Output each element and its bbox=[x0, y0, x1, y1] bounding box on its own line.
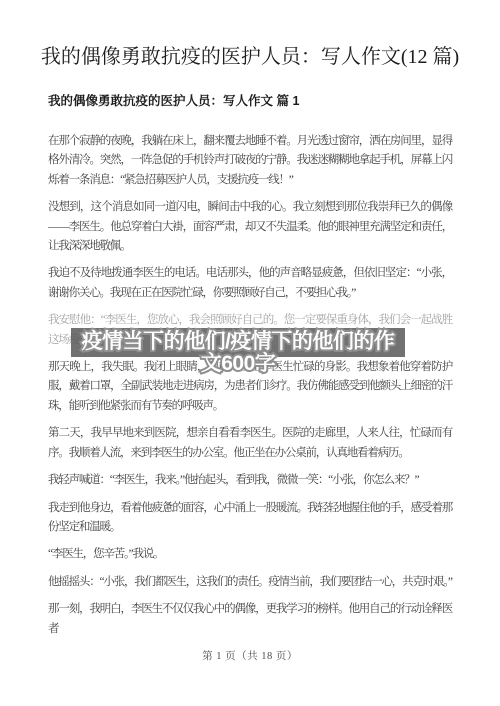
essay-paragraph: 第二天，我早早地来到医院，想亲自看看李医生。医院的走廊里，人来人往，忙碌而有序。… bbox=[48, 424, 452, 463]
essay-paragraph: 在那个寂静的夜晚，我躺在床上，翻来覆去地睡不着。月光透过窗帘，洒在房间里，显得格… bbox=[48, 132, 452, 190]
essay-body: 在那个寂静的夜晚，我躺在床上，翻来覆去地睡不着。月光透过窗帘，洒在房间里，显得格… bbox=[48, 132, 452, 639]
essay-paragraph: 我轻声喊道：“李医生，我来。”他抬起头，看到我，微微一笑：“小张，你怎么来？” bbox=[48, 471, 452, 490]
document-title: 我的偶像勇敢抗疫的医护人员：写人作文(12 篇) bbox=[0, 44, 500, 70]
essay-paragraph: “李医生，您辛苦。”我说。 bbox=[48, 545, 452, 564]
caption-overlay: 疫情当下的他们/疫情下的他们的作 文600字 bbox=[71, 330, 405, 375]
essay-paragraph: 我迫不及待地拨通李医生的电话。电话那头，他的声音略显疲惫，但依旧坚定：“小张，谢… bbox=[48, 264, 452, 303]
section-heading: 我的偶像勇敢抗疫的医护人员：写人作文 篇 1 bbox=[48, 94, 452, 108]
caption-line-2: 文600字 bbox=[71, 353, 405, 375]
essay-paragraph: 那一刻，我明白，李医生不仅仅我心中的偶像，更我学习的榜样。他用自己的行动诠释医者 bbox=[48, 600, 452, 639]
caption-line-1: 疫情当下的他们/疫情下的他们的作 bbox=[71, 330, 405, 353]
essay-paragraph: 他摇摇头：“小张，我们都医生，这我们的责任。疫情当前，我们要团结一心，共克时艰。… bbox=[48, 573, 452, 592]
page-number: 第 1 页（共 18 页） bbox=[0, 648, 500, 663]
essay-paragraph: 没想到，这个消息如同一道闪电，瞬间击中我的心。我立刻想到那位我崇拜已久的偶像——… bbox=[48, 198, 452, 256]
document-page: 我的偶像勇敢抗疫的医护人员：写人作文(12 篇) 我的偶像勇敢抗疫的医护人员：写… bbox=[0, 0, 500, 706]
essay-paragraph: 我走到他身边，看着他疲惫的面容，心中涌上一股暖流。我轻轻地握住他的手，感受着那份… bbox=[48, 499, 452, 538]
